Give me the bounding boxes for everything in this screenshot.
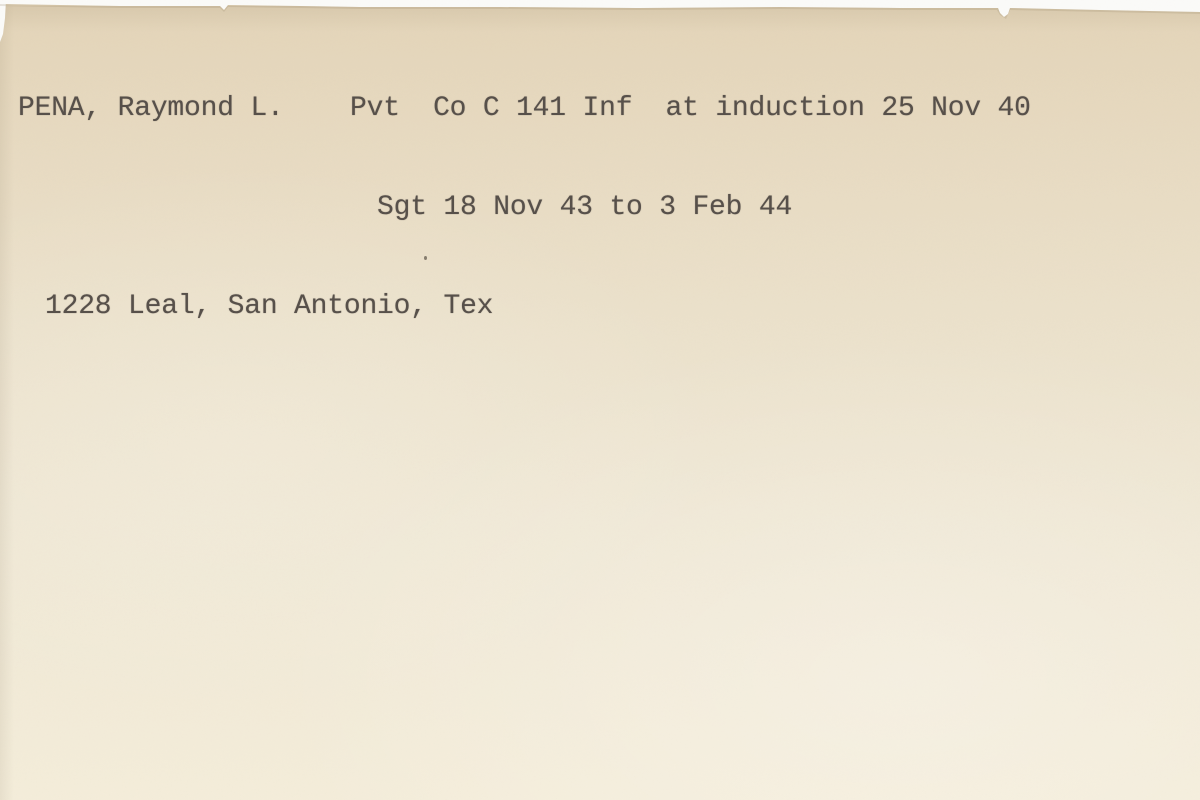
card-left-edge-shading — [0, 0, 14, 800]
scanned-index-card: PENA, Raymond L. Pvt Co C 141 Inf at ind… — [0, 0, 1200, 800]
typewritten-record: PENA, Raymond L. Pvt Co C 141 Inf at ind… — [18, 26, 1031, 389]
ink-speck — [424, 256, 427, 260]
typed-line-name-rank-unit-induction: PENA, Raymond L. Pvt Co C 141 Inf at ind… — [18, 92, 1031, 125]
typed-line-promotion: Sgt 18 Nov 43 to 3 Feb 44 — [18, 191, 1031, 224]
typed-line-address: 1228 Leal, San Antonio, Tex — [18, 290, 1031, 323]
